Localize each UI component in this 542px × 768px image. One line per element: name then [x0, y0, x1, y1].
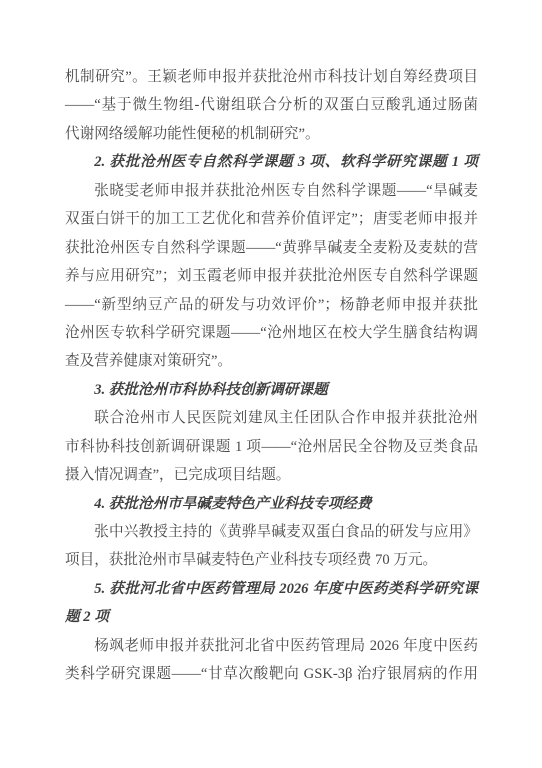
text-line: 沧州医专软科学研究课题——“沧州地区在校大学生膳食结构调 — [65, 319, 478, 347]
text-line: 获批沧州医专自然科学课题——“黄骅旱碱麦全麦粉及麦麸的营 — [65, 234, 478, 262]
text-line: ——“基于微生物组-代谢组联合分析的双蛋白豆酸乳通过肠菌 — [65, 91, 478, 119]
text-line: 杨飒老师申报并获批河北省中医药管理局 2026 年度中医药 — [65, 632, 478, 660]
text-line: 张晓雯老师申报并获批沧州医专自然科学课题——“旱碱麦 — [65, 177, 478, 205]
document-text-block: 机制研究”。王颖老师申报并获批沧州市科技计划自筹经费项目 ——“基于微生物组-代… — [65, 63, 478, 689]
section-heading: 2. 获批沧州医专自然科学课题 3 项、软科学研究课题 1 项 — [65, 148, 478, 176]
text-line: 养与应用研究”；刘玉霞老师申报并获批沧州医专自然科学课题 — [65, 262, 478, 290]
text-line: 双蛋白饼干的加工工艺优化和营养价值评定”；唐雯老师申报并 — [65, 205, 478, 233]
document-page: 机制研究”。王颖老师申报并获批沧州市科技计划自筹经费项目 ——“基于微生物组-代… — [0, 0, 542, 768]
section-heading: 4. 获批沧州市旱碱麦特色产业科技专项经费 — [65, 490, 478, 518]
text-line: 市科协科技创新调研课题 1 项——“沧州居民全谷物及豆类食品 — [65, 433, 478, 461]
text-line: 查及营养健康对策研究”。 — [65, 347, 478, 375]
text-line: 机制研究”。王颖老师申报并获批沧州市科技计划自筹经费项目 — [65, 63, 478, 91]
text-line: 代谢网络缓解功能性便秘的机制研究”。 — [65, 120, 478, 148]
text-line: 摄入情况调查”，已完成项目结题。 — [65, 461, 478, 489]
section-heading: 3. 获批沧州市科协科技创新调研课题 — [65, 376, 478, 404]
text-line: 类科学研究课题——“甘草次酸靶向 GSK-3β 治疗银屑病的作用 — [65, 660, 478, 688]
text-line: 项目，获批沧州市旱碱麦特色产业科技专项经费 70 万元。 — [65, 546, 478, 574]
text-line: ——“新型纳豆产品的研发与功效评价”；杨静老师申报并获批 — [65, 291, 478, 319]
text-line: 联合沧州市人民医院刘建凤主任团队合作申报并获批沧州 — [65, 404, 478, 432]
section-heading: 题 2 项 — [65, 603, 478, 631]
text-line: 张中兴教授主持的《黄骅旱碱麦双蛋白食品的研发与应用》 — [65, 518, 478, 546]
section-heading: 5. 获批河北省中医药管理局 2026 年度中医药类科学研究课 — [65, 575, 478, 603]
